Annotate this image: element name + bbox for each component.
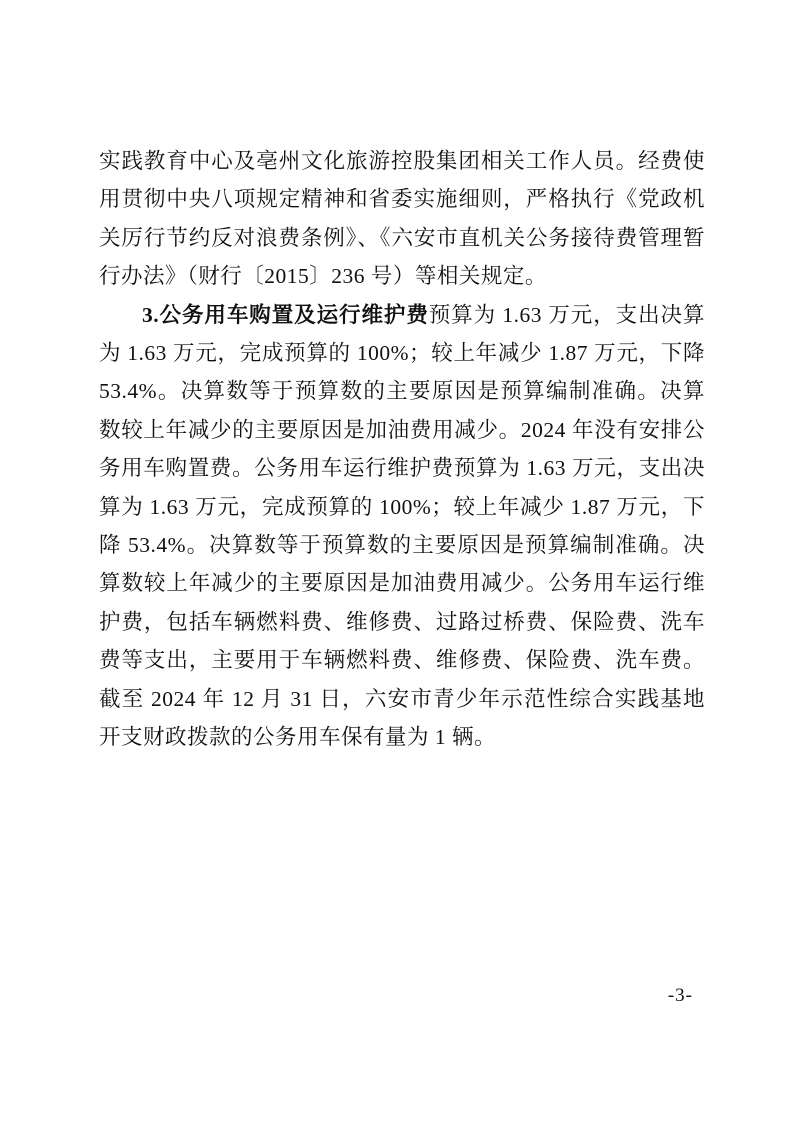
paragraph-funds-regulations-text: 实践教育中心及亳州文化旅游控股集团相关工作人员。经费使用贯彻中央八项规定精神和省…: [99, 149, 705, 288]
document-body: 实践教育中心及亳州文化旅游控股集团相关工作人员。经费使用贯彻中央八项规定精神和省…: [99, 142, 705, 757]
paragraph-official-vehicle: 3.公务用车购置及运行维护费预算为 1.63 万元，支出决算为 1.63 万元，…: [99, 296, 705, 757]
paragraph-official-vehicle-heading: 3.公务用车购置及运行维护费: [142, 303, 429, 327]
paragraph-official-vehicle-text: 预算为 1.63 万元，支出决算为 1.63 万元，完成预算的 100%；较上年…: [99, 303, 705, 749]
document-page: 实践教育中心及亳州文化旅游控股集团相关工作人员。经费使用贯彻中央八项规定精神和省…: [0, 0, 793, 1122]
page-number: -3-: [668, 985, 693, 1007]
paragraph-funds-regulations: 实践教育中心及亳州文化旅游控股集团相关工作人员。经费使用贯彻中央八项规定精神和省…: [99, 142, 705, 296]
